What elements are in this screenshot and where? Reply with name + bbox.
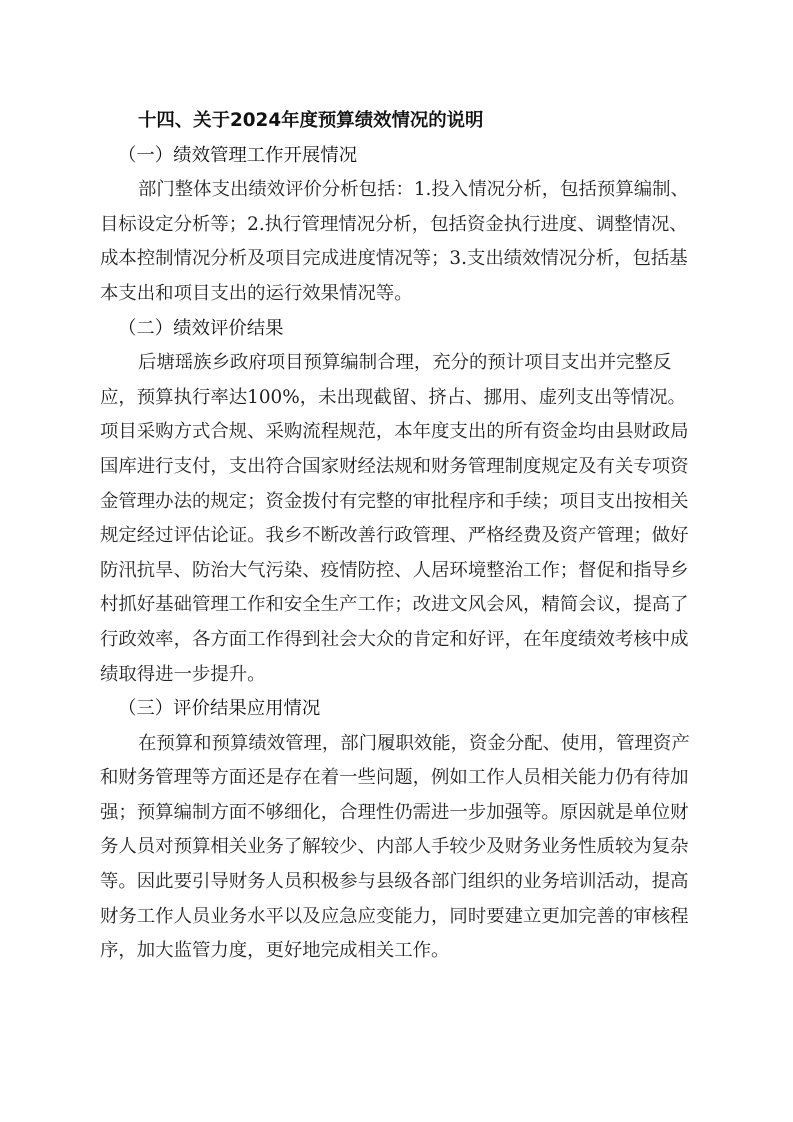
paragraph-line: 和财务管理等方面还是存在着一些问题，例如工作人员相关能力仍有待加 — [100, 761, 696, 796]
paragraph-line: 目标设定分析等；2.执行管理情况分析，包括资金执行进度、调整情况、 — [100, 208, 696, 243]
paragraph-line: 绩取得进一步提升。 — [100, 658, 696, 693]
paragraph-line: 后塘瑶族乡政府项目预算编制合理，充分的预计项目支出并完整反 — [100, 346, 696, 381]
subsection-heading-1: （一）绩效管理工作开展情况 — [100, 139, 696, 174]
subsection-heading-3: （三）评价结果应用情况 — [100, 692, 696, 727]
paragraph-line: 本支出和项目支出的运行效果情况等。 — [100, 277, 696, 312]
paragraph-line: 等。因此要引导财务人员积极参与县级各部门组织的业务培训活动，提高 — [100, 865, 696, 900]
paragraph-line: 应，预算执行率达100%，未出现截留、挤占、挪用、虚列支出等情况。 — [100, 381, 696, 416]
paragraph-line: 项目采购方式合规、采购流程规范，本年度支出的所有资金均由县财政局 — [100, 415, 696, 450]
document-page: 十四、关于2024年度预算绩效情况的说明 （一）绩效管理工作开展情况 部门整体支… — [0, 0, 793, 1122]
paragraph-line: 村抓好基础管理工作和安全生产工作；改进文风会风，精简会议，提高了 — [100, 588, 696, 623]
paragraph-line: 序，加大监管力度，更好地完成相关工作。 — [100, 934, 696, 969]
paragraph-line: 规定经过评估论证。我乡不断改善行政管理、严格经费及资产管理；做好 — [100, 519, 696, 554]
paragraph-line: 部门整体支出绩效评价分析包括：1.投入情况分析，包括预算编制、 — [100, 173, 696, 208]
paragraph-line: 金管理办法的规定；资金拨付有完整的审批程序和手续；项目支出按相关 — [100, 485, 696, 520]
subsection-heading-2: （二）绩效评价结果 — [100, 312, 696, 347]
paragraph-line: 防汛抗旱、防治大气污染、疫情防控、人居环境整治工作；督促和指导乡 — [100, 554, 696, 589]
paragraph-line: 成本控制情况分析及项目完成进度情况等；3.支出绩效情况分析，包括基 — [100, 242, 696, 277]
paragraph-line: 国库进行支付，支出符合国家财经法规和财务管理制度规定及有关专项资 — [100, 450, 696, 485]
paragraph-line: 在预算和预算绩效管理，部门履职效能，资金分配、使用，管理资产 — [100, 727, 696, 762]
section-title: 十四、关于2024年度预算绩效情况的说明 — [100, 104, 696, 139]
paragraph-line: 务人员对预算相关业务了解较少、内部人手较少及财务业务性质较为复杂 — [100, 830, 696, 865]
document-body: 十四、关于2024年度预算绩效情况的说明 （一）绩效管理工作开展情况 部门整体支… — [100, 104, 696, 969]
paragraph-line: 行政效率，各方面工作得到社会大众的肯定和好评，在年度绩效考核中成 — [100, 623, 696, 658]
paragraph-line: 强；预算编制方面不够细化，合理性仍需进一步加强等。原因就是单位财 — [100, 796, 696, 831]
paragraph-line: 财务工作人员业务水平以及应急应变能力，同时要建立更加完善的审核程 — [100, 900, 696, 935]
